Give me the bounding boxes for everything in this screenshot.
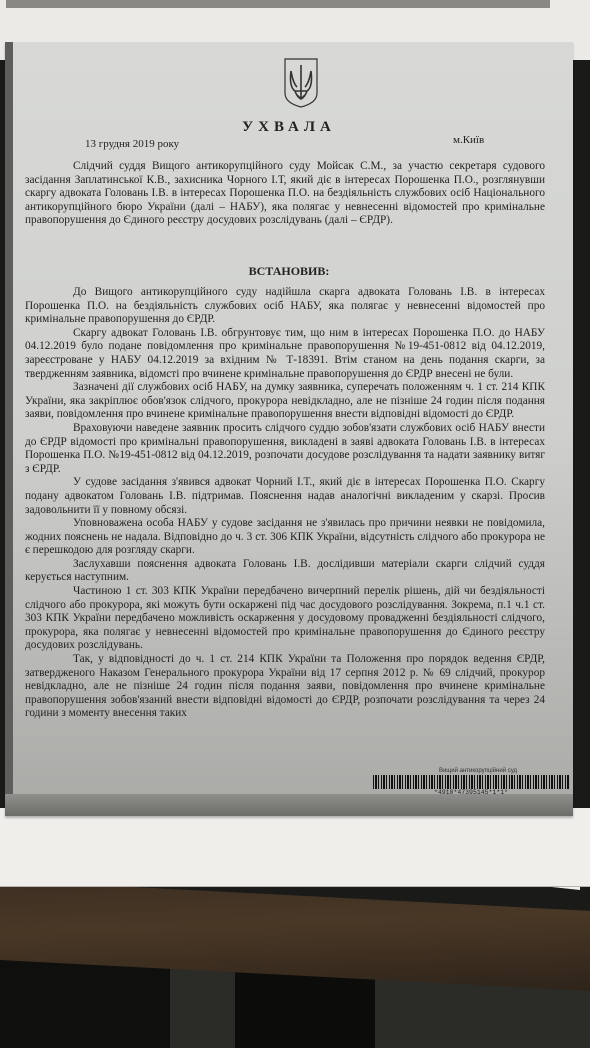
page-binding-edge bbox=[5, 42, 13, 816]
document-city: м.Київ bbox=[453, 134, 484, 146]
section-heading: ВСТАНОВИВ: bbox=[5, 264, 573, 279]
paragraph: До Вищого антикорупційного суду надійшла… bbox=[25, 286, 545, 327]
document-title: УХВАЛА bbox=[5, 119, 573, 136]
paragraph: Так, у відповідності до ч. 1 ст. 214 КПК… bbox=[25, 653, 545, 721]
intro-text: Слідчий суддя Вищого антикорупційного су… bbox=[25, 160, 545, 228]
intro-paragraph: Слідчий суддя Вищого антикорупційного су… bbox=[25, 160, 545, 228]
main-body: До Вищого антикорупційного суду надійшла… bbox=[25, 286, 545, 721]
trident-coat-of-arms-icon bbox=[283, 57, 319, 109]
document-date: 13 грудня 2019 року bbox=[85, 138, 179, 150]
paragraph: Заслухавши пояснення адвоката Головань І… bbox=[25, 558, 545, 585]
barcode-icon bbox=[373, 775, 569, 789]
paragraph: Скаргу адвокат Головань І.В. обгрунтовує… bbox=[25, 327, 545, 381]
page-bottom-shadow bbox=[5, 794, 573, 816]
barcode-label: Вищий антикорупційний суд bbox=[403, 768, 553, 774]
previous-page-edge bbox=[6, 0, 550, 8]
white-paper-sheet bbox=[0, 808, 590, 887]
court-ruling-page: УХВАЛА 13 грудня 2019 року м.Київ Слідчи… bbox=[5, 42, 573, 816]
paragraph: Уповноважена особа НАБУ у судове засідан… bbox=[25, 517, 545, 558]
paragraph: Зазначені дії службових осіб НАБУ, на ду… bbox=[25, 381, 545, 422]
paragraph: Враховуючи наведене заявник просить слід… bbox=[25, 422, 545, 476]
paragraph: Частиною 1 ст. 303 КПК України передбаче… bbox=[25, 585, 545, 653]
paragraph: У судове засідання з'явився адвокат Чорн… bbox=[25, 476, 545, 517]
